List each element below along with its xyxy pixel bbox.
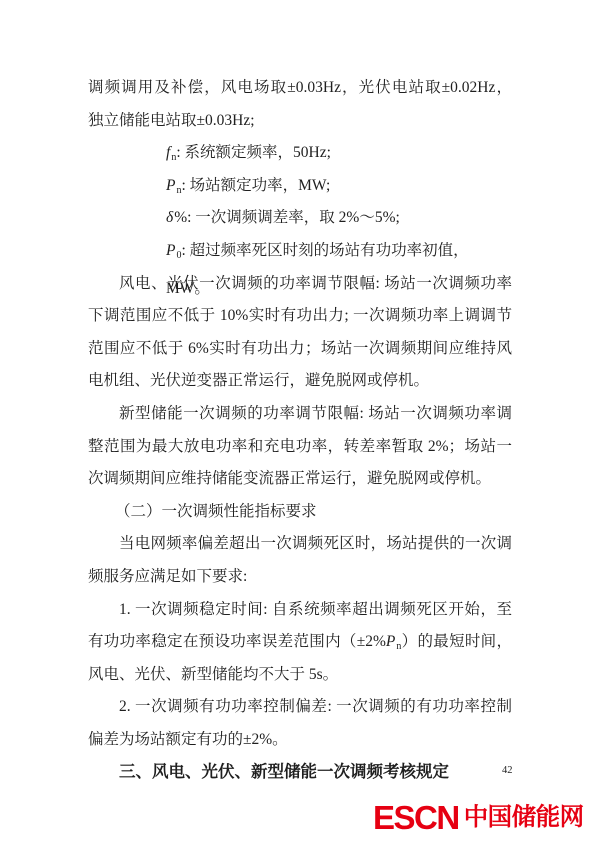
text-segment: 新型储能一次调频的功率调节限幅: 场站一次调频功率调 — [119, 405, 512, 422]
body-line: 次调频期间应维持储能变流器正常运行，避免脱网或停机。 — [88, 463, 512, 496]
body-line: 整范围为最大放电功率和充电功率，转差率暂取 2%；场站一 — [88, 431, 512, 464]
text-segment: 范围应不低于 6%实时有功出力；场站一次调频期间应维持风 — [88, 340, 512, 357]
text-segment: 有功功率稳定在预设功率误差范围内（±2% — [88, 633, 386, 650]
text-segment: P — [166, 177, 176, 194]
text-segment: 偏差为场站额定有功的±2%。 — [88, 731, 288, 748]
text-segment: P — [166, 242, 176, 259]
text-segment: 电机组、光伏逆变器正常运行，避免脱网或停机。 — [88, 372, 429, 389]
body-line: 风电、光伏一次调频的功率调节限幅: 场站一次调频功率 — [88, 268, 512, 301]
text-segment: 2. 一次调频有功功率控制偏差: 一次调频的有功功率控制 — [119, 698, 512, 715]
body-line: 下调范围应不低于 10%实时有功出力; 一次调频功率上调调节 — [88, 300, 512, 333]
body-line: 有功功率稳定在预设功率误差范围内（±2%Pn）的最短时间， — [88, 626, 512, 659]
body-line: 独立储能电站取±0.03Hz; — [88, 105, 512, 138]
body-line: 频服务应满足如下要求: — [88, 561, 512, 594]
text-segment: 三、风电、光伏、新型储能一次调频考核规定 — [119, 763, 449, 781]
body-line: 范围应不低于 6%实时有功出力；场站一次调频期间应维持风 — [88, 333, 512, 366]
body-line: 新型储能一次调频的功率调节限幅: 场站一次调频功率调 — [88, 398, 512, 431]
document-page: 调频调用及补偿，风电场取±0.03Hz，光伏电站取±0.02Hz，独立储能电站取… — [0, 0, 600, 848]
body-line: 风电、光伏、新型储能均不大于 5s。 — [88, 659, 512, 692]
text-segment: : 场站额定功率，MW; — [181, 177, 330, 194]
text-segment: 风电、光伏、新型储能均不大于 5s。 — [88, 666, 338, 683]
text-segment: （二）一次调频性能指标要求 — [115, 503, 317, 520]
text-segment: 整范围为最大放电功率和充电功率，转差率暂取 2%；场站一 — [88, 438, 512, 455]
text-segment: 调频调用及补偿，风电场取±0.03Hz，光伏电站取±0.02Hz， — [88, 79, 512, 96]
definition-line: fn: 系统额定频率，50Hz; — [88, 137, 512, 170]
section-heading: 三、风电、光伏、新型储能一次调频考核规定 — [88, 756, 512, 789]
definition-line: P0: 超过频率死区时刻的场站有功功率初值，MW。 — [88, 235, 512, 268]
escn-logo: ESCN 中国储能网 — [373, 800, 584, 834]
body-line: 1. 一次调频稳定时间: 自系统频率超出调频死区开始，至 — [88, 594, 512, 627]
definition-line: Pn: 场站额定功率，MW; — [88, 170, 512, 203]
text-segment: 1. 一次调频稳定时间: 自系统频率超出调频死区开始，至 — [119, 601, 512, 618]
escn-logo-latin-text: ESCN — [373, 801, 459, 834]
text-segment: 当电网频率偏差超出一次调频死区时，场站提供的一次调 — [119, 535, 512, 552]
text-segment: ）的最短时间， — [401, 633, 512, 650]
body-line: 调频调用及补偿，风电场取±0.03Hz，光伏电站取±0.02Hz， — [88, 72, 512, 105]
text-segment: δ — [166, 209, 174, 226]
text-segment: 下调范围应不低于 10%实时有功出力; 一次调频功率上调调节 — [88, 307, 512, 324]
text-segment: 独立储能电站取±0.03Hz; — [88, 112, 255, 129]
escn-logo-cjk-text: 中国储能网 — [464, 806, 584, 831]
text-segment: P — [386, 633, 396, 650]
text-segment: %: 一次调频调差率，取 2%～5%; — [174, 209, 400, 226]
definition-line: δ%: 一次调频调差率，取 2%～5%; — [88, 202, 512, 235]
page-number: 42 — [502, 765, 513, 776]
body-line: 电机组、光伏逆变器正常运行，避免脱网或停机。 — [88, 365, 512, 398]
body-line: 2. 一次调频有功功率控制偏差: 一次调频的有功功率控制 — [88, 691, 512, 724]
text-segment: 频服务应满足如下要求: — [88, 568, 247, 585]
text-segment: 次调频期间应维持储能变流器正常运行，避免脱网或停机。 — [88, 470, 491, 487]
subsection-heading: （二）一次调频性能指标要求 — [88, 496, 512, 529]
text-segment: : 系统额定频率，50Hz; — [176, 144, 331, 161]
document-body: 调频调用及补偿，风电场取±0.03Hz，光伏电站取±0.02Hz，独立储能电站取… — [88, 72, 512, 789]
text-segment: 风电、光伏一次调频的功率调节限幅: 场站一次调频功率 — [119, 275, 512, 292]
body-line: 偏差为场站额定有功的±2%。 — [88, 724, 512, 757]
body-line: 当电网频率偏差超出一次调频死区时，场站提供的一次调 — [88, 528, 512, 561]
